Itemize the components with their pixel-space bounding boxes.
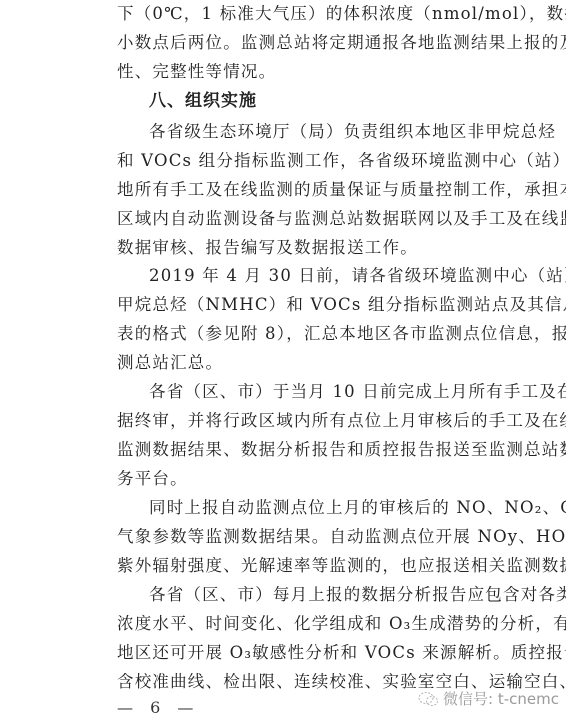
text-line: 各省（区、市）于当月 10 日前完成上月所有手工及在线数 — [149, 380, 515, 404]
section-heading: 八、组织实施 — [149, 89, 515, 113]
text-line: 2019 年 4 月 30 日前，请各省级环境监测中心（站）按照非 — [149, 264, 515, 288]
text-line: 性、完整性等情况。 — [117, 60, 515, 84]
text-line: 和 VOCs 组分指标监测工作，各省级环境监测中心（站）负责本 — [117, 149, 515, 173]
text-line: 浓度水平、时间变化、化学组成和 O₃生成潜势的分析，有能力的 — [117, 612, 515, 636]
page-number: — 6 — — [117, 698, 199, 717]
text-line: 务平台。 — [117, 467, 515, 491]
text-line: 监测数据结果、数据分析报告和质控报告报送至监测总站数据业 — [117, 438, 515, 462]
text-line: 表的格式（参见附 8），汇总本地区各市监测点位信息，报送监 — [117, 322, 515, 346]
wechat-icon — [417, 691, 439, 707]
text-line: 区域内自动监测设备与监测总站数据联网以及手工及在线监测 — [117, 207, 515, 231]
text-line: 紫外辐射强度、光解速率等监测的，也应报送相关监测数据。 — [117, 554, 515, 578]
text-line: 气象参数等监测数据结果。自动监测点位开展 NOy、HONO、PANs、 — [117, 525, 515, 549]
text-line: 各省（区、市）每月上报的数据分析报告应包含对各类 VOCs — [149, 583, 515, 607]
text-line: 数据审核、报告编写及数据报送工作。 — [117, 236, 515, 260]
text-line: 甲烷总烃（NMHC）和 VOCs 组分指标监测站点及其信息登记报送 — [117, 293, 515, 317]
text-line: 地所有手工及在线监测的质量保证与质量控制工作，承担本行政 — [117, 178, 515, 202]
text-line: 下（0℃，1 标准大气压）的体积浓度（nmol/mol），数据保留 — [117, 2, 515, 26]
text-line: 各省级生态环境厅（局）负责组织本地区非甲烷总烃（NMHC） — [149, 120, 515, 144]
text-line: 地区还可开展 O₃敏感性分析和 VOCs 来源解析。质控报告中应包 — [117, 641, 515, 665]
text-line: 据终审，并将行政区域内所有点位上月审核后的手工及在线 VOCs — [117, 409, 515, 433]
text-line: 同时上报自动监测点位上月的审核后的 NO、NO₂、CO、O₃和 — [149, 496, 515, 520]
watermark-text: 微信号: t-cnemc — [443, 688, 559, 709]
text-line: 测总站汇总。 — [117, 351, 515, 375]
text-line: 小数点后两位。监测总站将定期通报各地监测结果上报的及时 — [117, 31, 515, 55]
watermark: 微信号: t-cnemc — [417, 688, 559, 709]
